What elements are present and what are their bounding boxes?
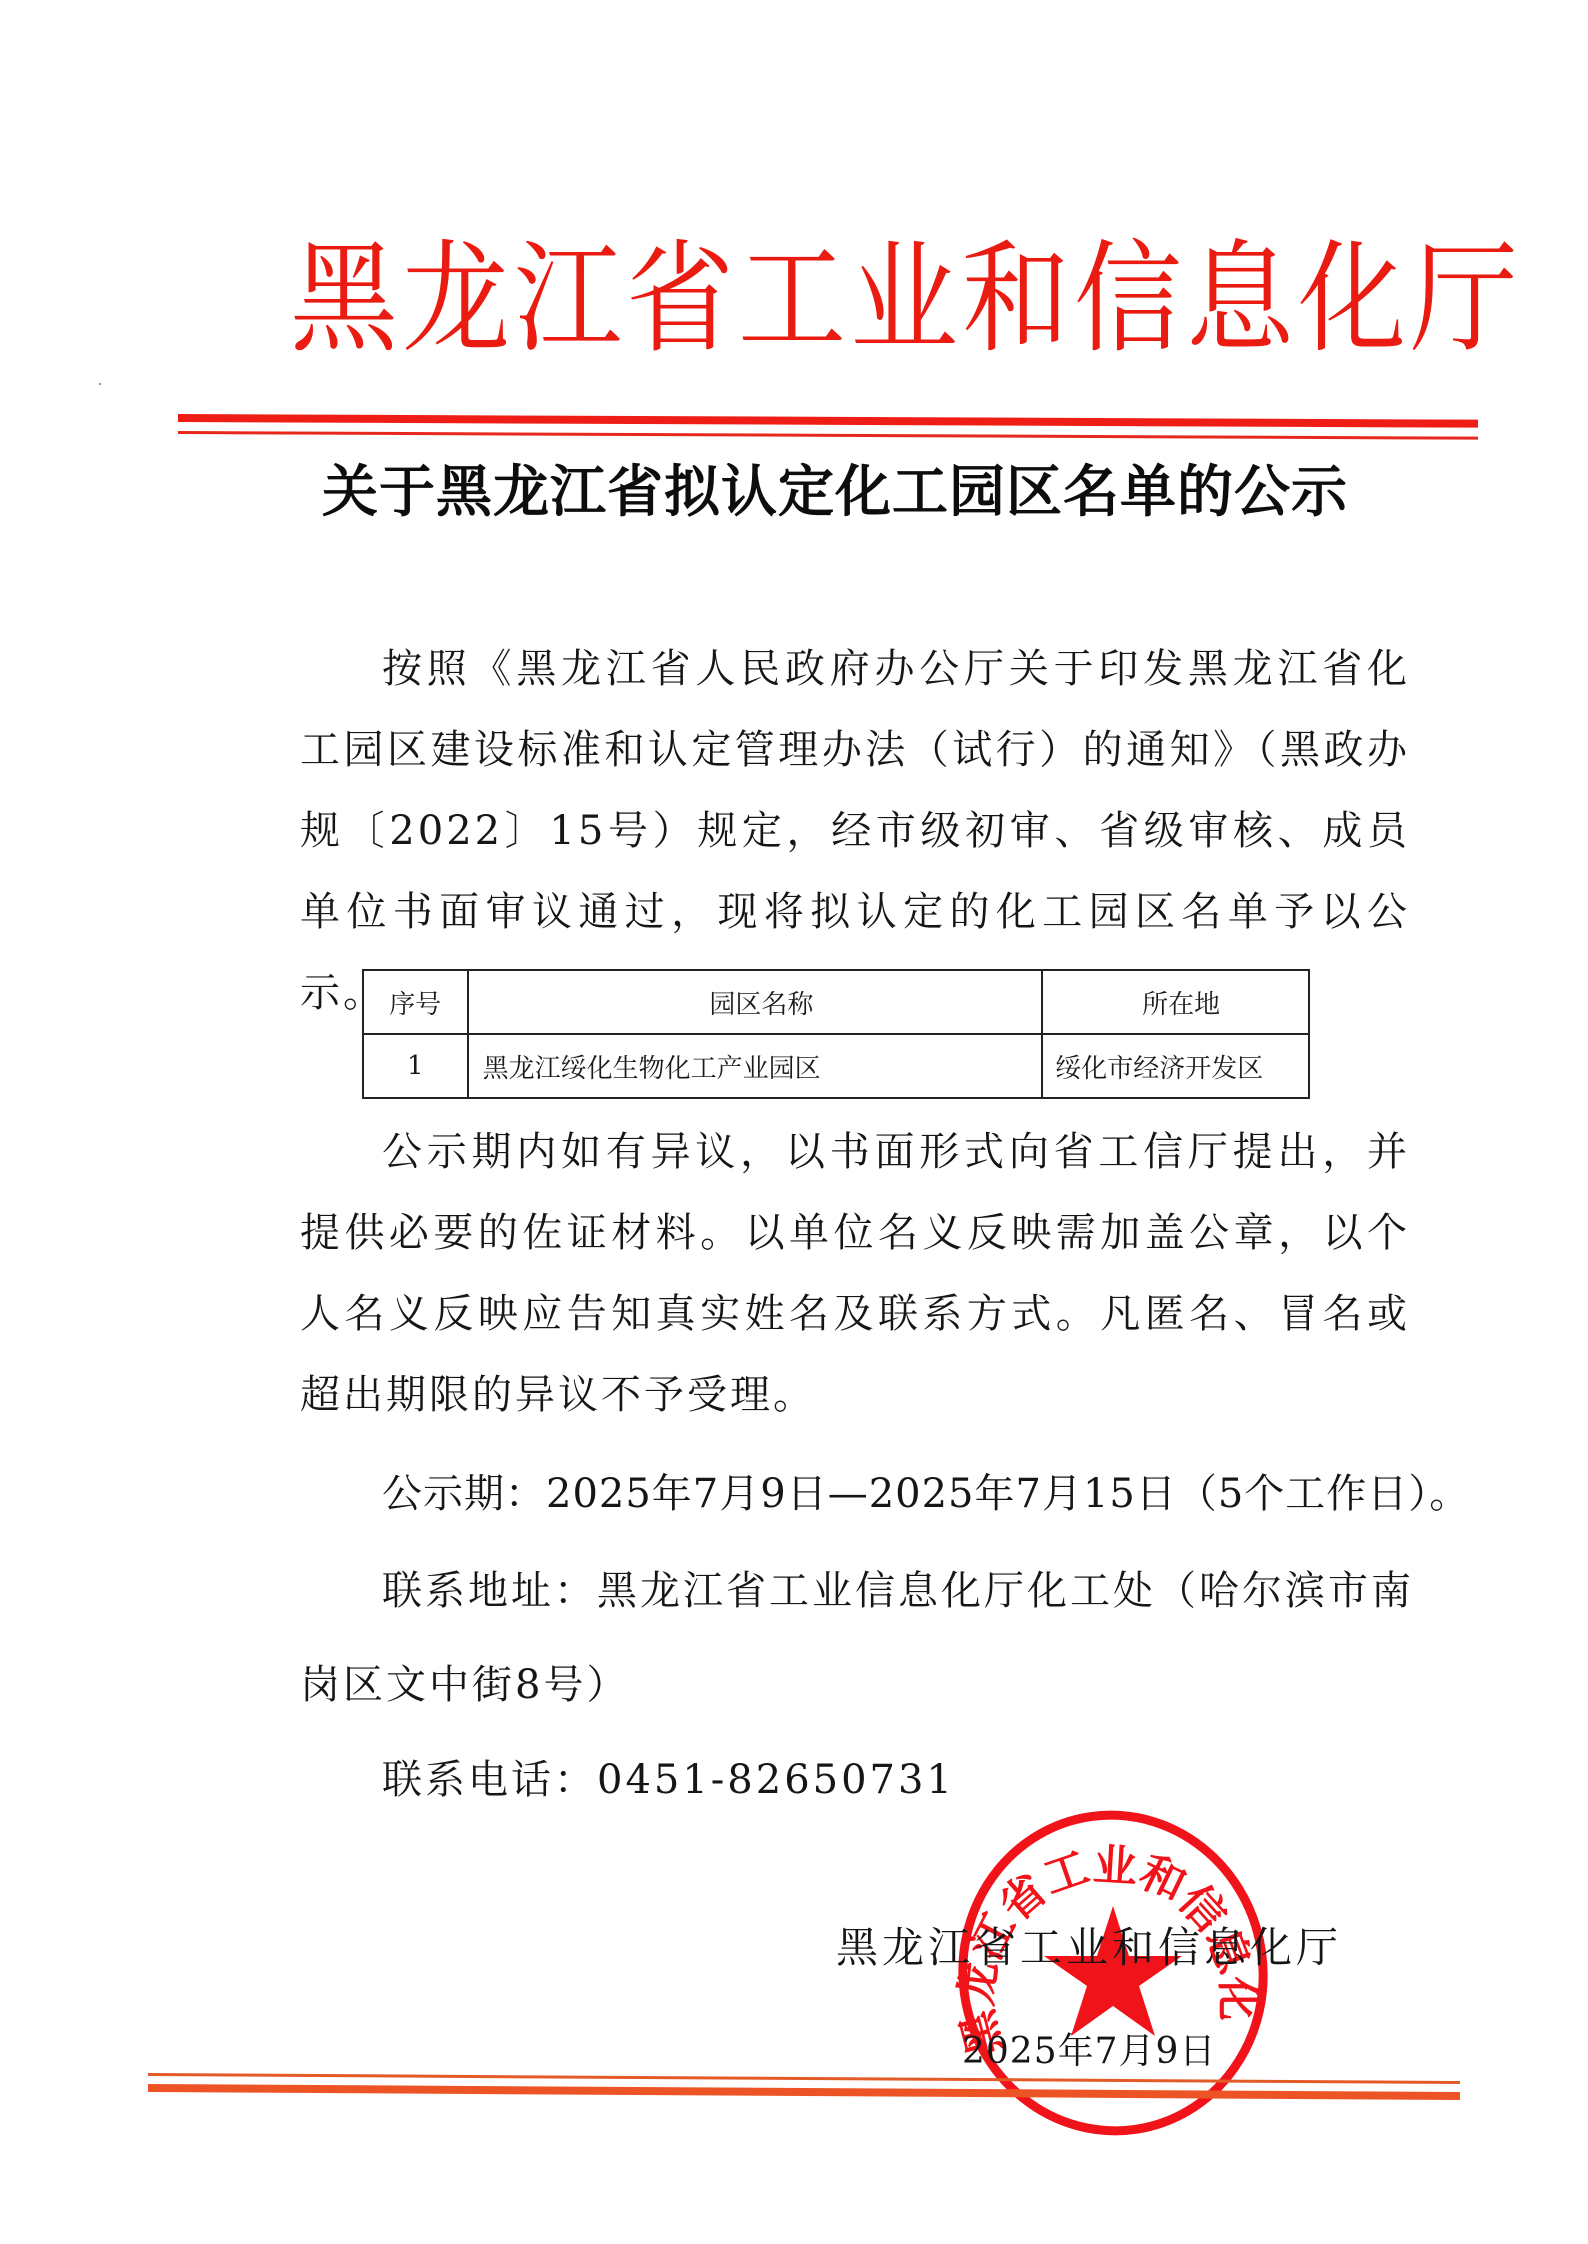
period-line: 公示期：2025年7月9日—2025年7月15日（5个工作日）。 [300,1454,1492,1535]
phone-line: 联系电话：0451-82650731 [300,1740,1492,1821]
cell-location: 绥化市经济开发区 [1042,1034,1309,1098]
park-list-table: 序号 园区名称 所在地 1 黑龙江绥化生物化工产业园区 绥化市经济开发区 [362,969,1310,1099]
objection-paragraph-text: 公示期内如有异议，以书面形式向省工信厅提出，并提供必要的佐证材料。以单位名义反映… [300,1112,1410,1436]
address-line-2: 岗区文中街8号） [300,1645,1410,1726]
issuer-signature: 黑龙江省工业和信息化厅 [836,1915,1342,1975]
issue-date: 2025年7月9日 [962,2023,1216,2074]
header-index: 序号 [363,970,468,1034]
cell-index: 1 [363,1034,468,1098]
document-title: 关于黑龙江省拟认定化工园区名单的公示 [322,452,1422,532]
header-park-name: 园区名称 [468,970,1043,1034]
table-row: 1 黑龙江绥化生物化工产业园区 绥化市经济开发区 [363,1034,1309,1098]
table-header-row: 序号 园区名称 所在地 [363,970,1309,1034]
masthead-title: 黑龙江省工业和信息化厅 [290,222,1390,379]
cell-park-name: 黑龙江绥化生物化工产业园区 [468,1034,1043,1098]
objection-paragraph: 公示期内如有异议，以书面形式向省工信厅提出，并提供必要的佐证材料。以单位名义反映… [300,1112,1410,1436]
header-rule-thick [178,414,1478,428]
header-location: 所在地 [1042,970,1309,1034]
scan-speck [99,383,101,385]
header-rule-thin [178,431,1478,440]
address-line-1: 联系地址：黑龙江省工业信息化厅化工处（哈尔滨市南 [300,1551,1492,1632]
